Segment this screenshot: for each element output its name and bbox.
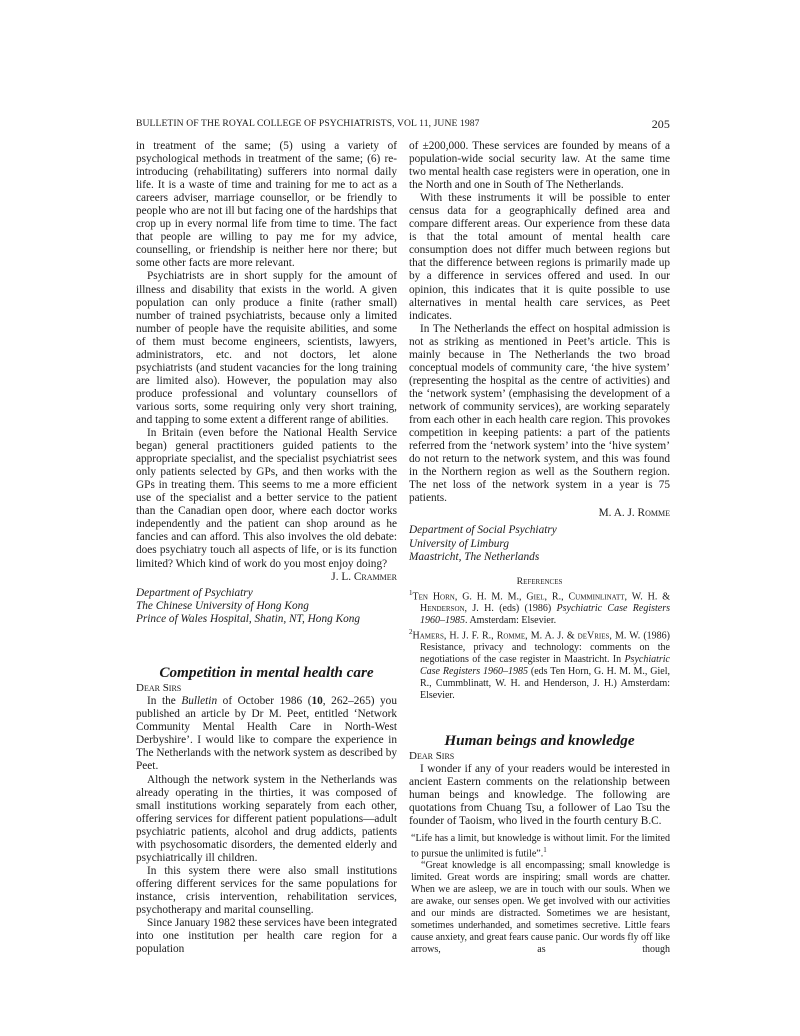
page-number: 205 [652, 117, 670, 132]
salutation: Dear Sirs [409, 750, 670, 763]
paragraph: Although the network system in the Nethe… [136, 774, 397, 865]
right-column: of ±200,000. These services are founded … [409, 140, 670, 956]
paragraph: I wonder if any of your readers would be… [409, 763, 670, 828]
reference-item: 2Hamers, H. J. F. R., Romme, M. A. J. & … [409, 627, 670, 702]
affiliation-line: University of Limburg [409, 538, 670, 551]
left-column: in treatment of the same; (5) using a va… [136, 140, 397, 956]
paragraph: of ±200,000. These services are founded … [409, 140, 670, 192]
section-title: Human beings and knowledge [409, 732, 670, 750]
paragraph: In the Bulletin of October 1986 (10, 262… [136, 695, 397, 773]
author-affiliation: Department of Psychiatry The Chinese Uni… [136, 587, 397, 627]
paragraph: Since January 1982 these services have b… [136, 917, 397, 956]
references-heading: References [409, 575, 670, 588]
author-affiliation: Department of Social Psychiatry Universi… [409, 524, 670, 564]
block-quote: “Life has a limit, but knowledge is with… [409, 833, 670, 860]
author-signature: M. A. J. Romme [409, 507, 670, 520]
running-head: Bulletin of the Royal College of Psychia… [136, 117, 670, 133]
author-signature: J. L. Crammer [136, 571, 397, 584]
paragraph: With these instruments it will be possib… [409, 192, 670, 322]
paragraph: Psychiatrists are in short supply for th… [136, 270, 397, 427]
journal-name: Bulletin [181, 695, 217, 707]
affiliation-line: Prince of Wales Hospital, Shatin, NT, Ho… [136, 613, 397, 626]
affiliation-line: Department of Psychiatry [136, 587, 397, 600]
reference-item: 1Ten Horn, G. H. M. M., Giel, R., Cummin… [409, 588, 670, 627]
paragraph: in treatment of the same; (5) using a va… [136, 140, 397, 270]
journal-page: Bulletin of the Royal College of Psychia… [0, 0, 800, 1036]
volume-number: 10 [312, 695, 323, 707]
affiliation-line: Maastricht, The Netherlands [409, 551, 670, 564]
block-quote: “Great knowledge is all encompassing; sm… [409, 860, 670, 955]
paragraph: In this system there were also small ins… [136, 865, 397, 917]
section-title: Competition in mental health care [136, 664, 397, 682]
journal-title: Bulletin of the Royal College of Psychia… [136, 118, 480, 129]
footnote-ref: 1 [543, 846, 547, 854]
paragraph: In The Netherlands the effect on hospita… [409, 323, 670, 506]
salutation: Dear Sirs [136, 682, 397, 695]
affiliation-line: The Chinese University of Hong Kong [136, 600, 397, 613]
paragraph: In Britain (even before the National Hea… [136, 427, 397, 571]
affiliation-line: Department of Social Psychiatry [409, 524, 670, 537]
